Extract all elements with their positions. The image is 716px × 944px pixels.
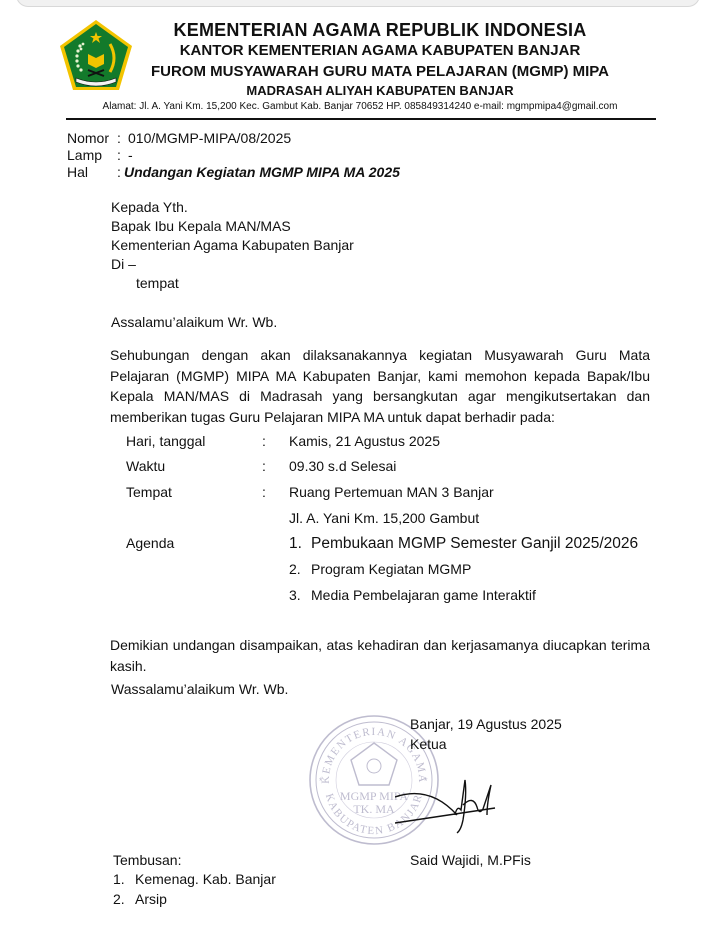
cc-num-1: 1. — [113, 871, 125, 888]
cc-item-1: Kemenag. Kab. Banjar — [135, 871, 276, 888]
viewer-top-bar — [16, 0, 700, 7]
recipient-line-4: Di – — [111, 256, 136, 273]
nomor-label: Nomor — [67, 130, 109, 147]
agenda-item-1: Pembukaan MGMP Semester Ganjil 2025/2026 — [311, 535, 638, 552]
agenda-num-2: 2. — [289, 561, 301, 578]
svg-text:TK. MA: TK. MA — [353, 802, 395, 816]
signature-icon — [395, 775, 505, 835]
nomor-colon: : — [117, 130, 121, 147]
recipient-line-2: Bapak Ibu Kepala MAN/MAS — [111, 218, 291, 235]
cc-item-2: Arsip — [135, 891, 167, 908]
body-paragraph: Sehubungan dengan akan dilaksanakannya k… — [110, 345, 650, 427]
date-colon: : — [262, 433, 266, 450]
letterhead-ministry: KEMENTERIAN AGAMA REPUBLIK INDONESIA — [130, 20, 630, 41]
signer-name: Said Wajidi, M.PFis — [410, 852, 531, 869]
hal-colon: : — [117, 164, 121, 181]
date-label: Hari, tanggal — [126, 433, 205, 450]
cc-num-2: 2. — [113, 891, 125, 908]
place-value: Ruang Pertemuan MAN 3 Banjar — [289, 484, 494, 501]
opening-greeting: Assalamu’alaikum Wr. Wb. — [111, 314, 277, 331]
agenda-label: Agenda — [126, 535, 174, 552]
letterhead-forum: FUROM MUSYAWARAH GURU MATA PELAJARAN (MG… — [110, 63, 650, 80]
closing-greeting: Wassalamu’alaikum Wr. Wb. — [111, 681, 288, 698]
lamp-label: Lamp — [67, 147, 102, 164]
nomor-value: 010/MGMP-MIPA/08/2025 — [128, 130, 291, 147]
closing-paragraph: Demikian undangan disampaikan, atas keha… — [110, 635, 650, 676]
date-value: Kamis, 21 Agustus 2025 — [289, 433, 440, 450]
agenda-num-3: 3. — [289, 587, 301, 604]
letterhead-divider — [66, 118, 656, 120]
kemenag-logo-icon — [58, 18, 134, 92]
hal-value: Undangan Kegiatan MGMP MIPA MA 2025 — [124, 164, 400, 181]
agenda-num-1: 1. — [289, 535, 302, 552]
time-label: Waktu — [126, 458, 165, 475]
cc-title: Tembusan: — [113, 852, 181, 869]
place-colon: : — [262, 484, 266, 501]
lamp-value: - — [128, 147, 133, 164]
recipient-line-5: tempat — [136, 275, 179, 292]
lamp-colon: : — [117, 147, 121, 164]
time-colon: : — [262, 458, 266, 475]
place-label: Tempat — [126, 484, 172, 501]
hal-label: Hal — [67, 164, 88, 181]
letterhead-address: Alamat: Jl. A. Yani Km. 15,200 Kec. Gamb… — [60, 101, 660, 112]
svg-text:*: * — [319, 776, 323, 786]
time-value: 09.30 s.d Selesai — [289, 458, 396, 475]
agenda-item-2: Program Kegiatan MGMP — [311, 561, 471, 578]
recipient-line-1: Kepada Yth. — [111, 199, 188, 216]
place-date: Banjar, 19 Agustus 2025 — [410, 716, 562, 733]
recipient-line-3: Kementerian Agama Kabupaten Banjar — [111, 237, 354, 254]
signer-role: Ketua — [410, 736, 447, 753]
letterhead-office: KANTOR KEMENTERIAN AGAMA KABUPATEN BANJA… — [130, 42, 630, 59]
letterhead-madrasah: MADRASAH ALIYAH KABUPATEN BANJAR — [130, 83, 630, 98]
agenda-item-3: Media Pembelajaran game Interaktif — [311, 587, 536, 604]
place-value-address: Jl. A. Yani Km. 15,200 Gambut — [289, 510, 479, 527]
